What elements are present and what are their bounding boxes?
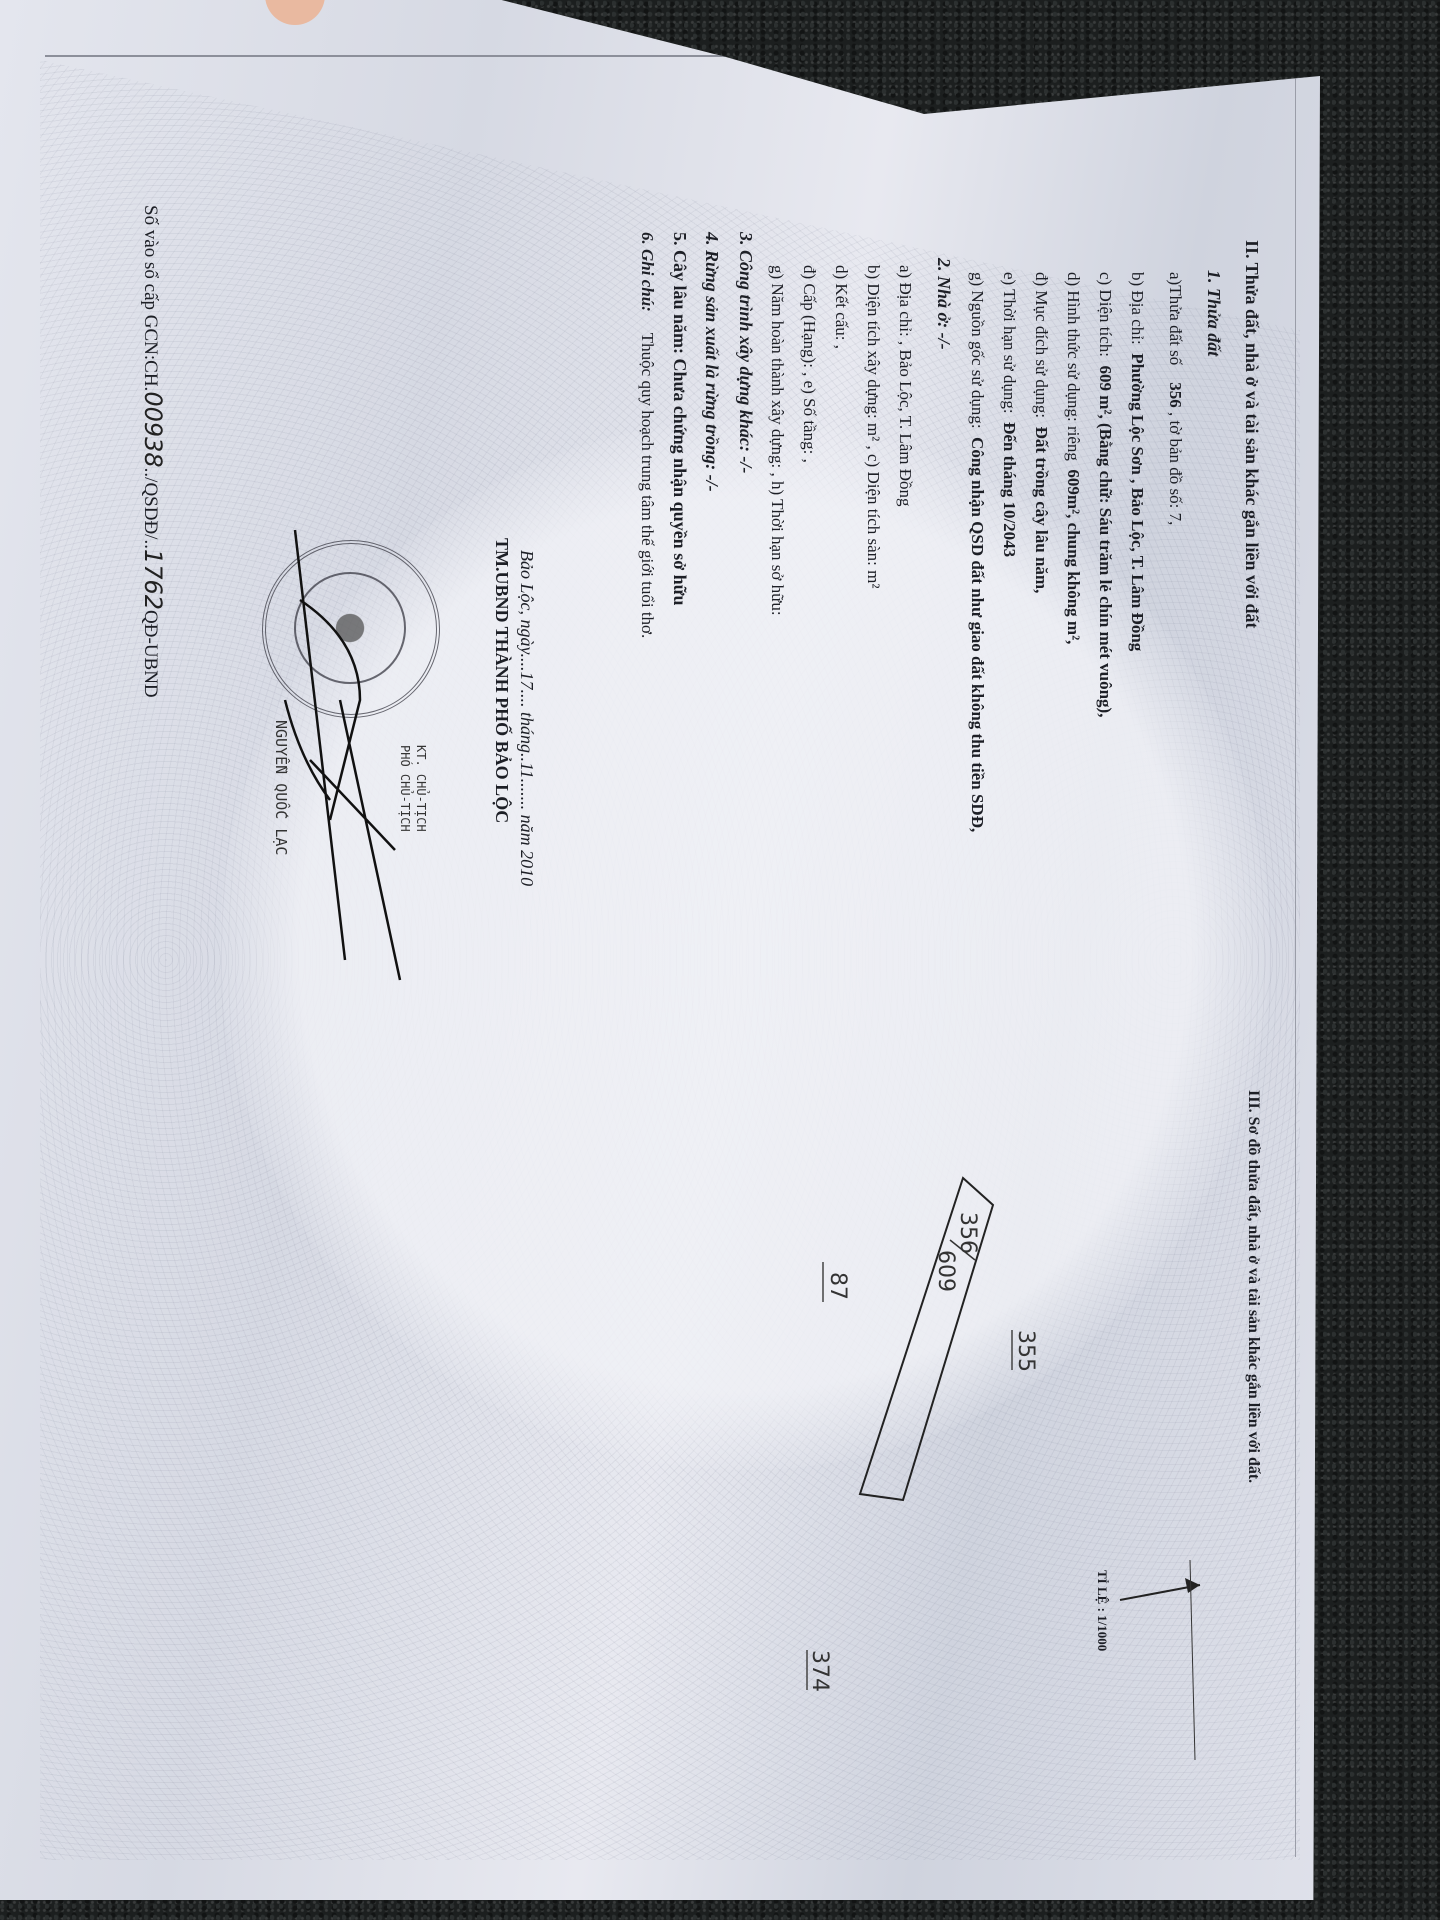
neighbor-parcel-87: 87 <box>825 1272 850 1300</box>
neighbor-parcel-374: 374 <box>807 1650 832 1692</box>
neighbor-parcel-355: 355 <box>1013 1330 1038 1372</box>
parcel-diagram <box>0 0 1440 1920</box>
north-arrow-icon <box>1120 1578 1200 1600</box>
parcel-area: 609 <box>933 1250 958 1292</box>
parcel-number: 356 <box>955 1212 980 1254</box>
